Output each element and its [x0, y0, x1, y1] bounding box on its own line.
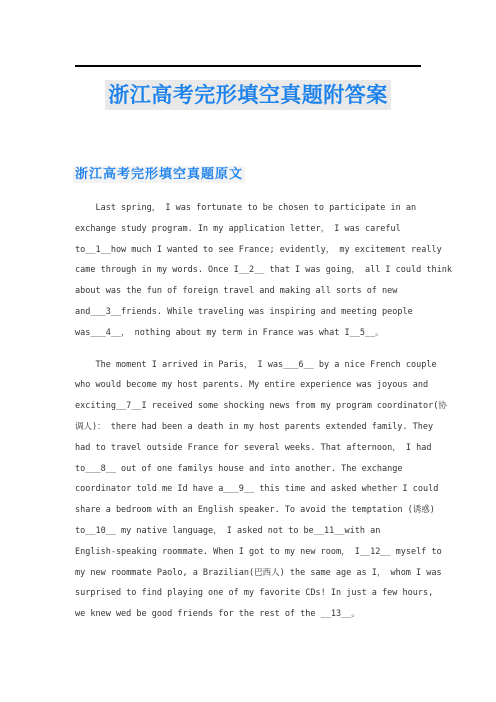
document-title: 浙江高考完形填空真题附答案	[105, 80, 391, 110]
horizontal-rule	[75, 65, 421, 67]
text-line: Last spring， I was fortunate to be chose…	[75, 198, 496, 219]
text-line: we knew wed be good friends for the rest…	[75, 604, 496, 625]
text-line: who would become my host parents. My ent…	[75, 375, 496, 396]
text-line: and___3__friends. While traveling was in…	[75, 302, 496, 323]
text-line: about was the fun of foreign travel and …	[75, 281, 496, 302]
text-line: 调人)： there had been a death in my host p…	[75, 417, 496, 438]
text-line: came through in my words. Once I__2__ th…	[75, 260, 496, 281]
text-line: exchange study program. In my applicatio…	[75, 219, 496, 240]
text-line: exciting__7__I received some shocking ne…	[75, 396, 496, 417]
body-text: Last spring， I was fortunate to be chose…	[75, 198, 496, 625]
title-row: 浙江高考完形填空真题附答案	[0, 80, 496, 110]
text-line: coordinator told me Id have a___9__ this…	[75, 479, 496, 500]
text-line: to__10__ my native language， I asked not…	[75, 521, 496, 542]
text-line: English-speaking roommate. When I got to…	[75, 542, 496, 563]
text-line: share a bedroom with an English speaker.…	[75, 500, 496, 521]
text-line: to__1__how much I wanted to see France; …	[75, 240, 496, 261]
text-line: had to travel outside France for several…	[75, 438, 496, 459]
text-line: my new roommate Paolo, a Brazilian(巴西人) …	[75, 563, 496, 584]
section-heading: 浙江高考完形填空真题原文	[73, 166, 245, 183]
text-line: The moment I arrived in Paris， I was___6…	[75, 355, 496, 376]
document-page: 浙江高考完形填空真题附答案 浙江高考完形填空真题原文 Last spring， …	[0, 0, 496, 702]
paragraph-1: Last spring， I was fortunate to be chose…	[75, 198, 496, 344]
paragraph-2: The moment I arrived in Paris， I was___6…	[75, 355, 496, 625]
text-line: to___8__ out of one familys house and in…	[75, 459, 496, 480]
text-line: surprised to find playing one of my favo…	[75, 583, 496, 604]
text-line: was___4__， nothing about my term in Fran…	[75, 323, 496, 344]
